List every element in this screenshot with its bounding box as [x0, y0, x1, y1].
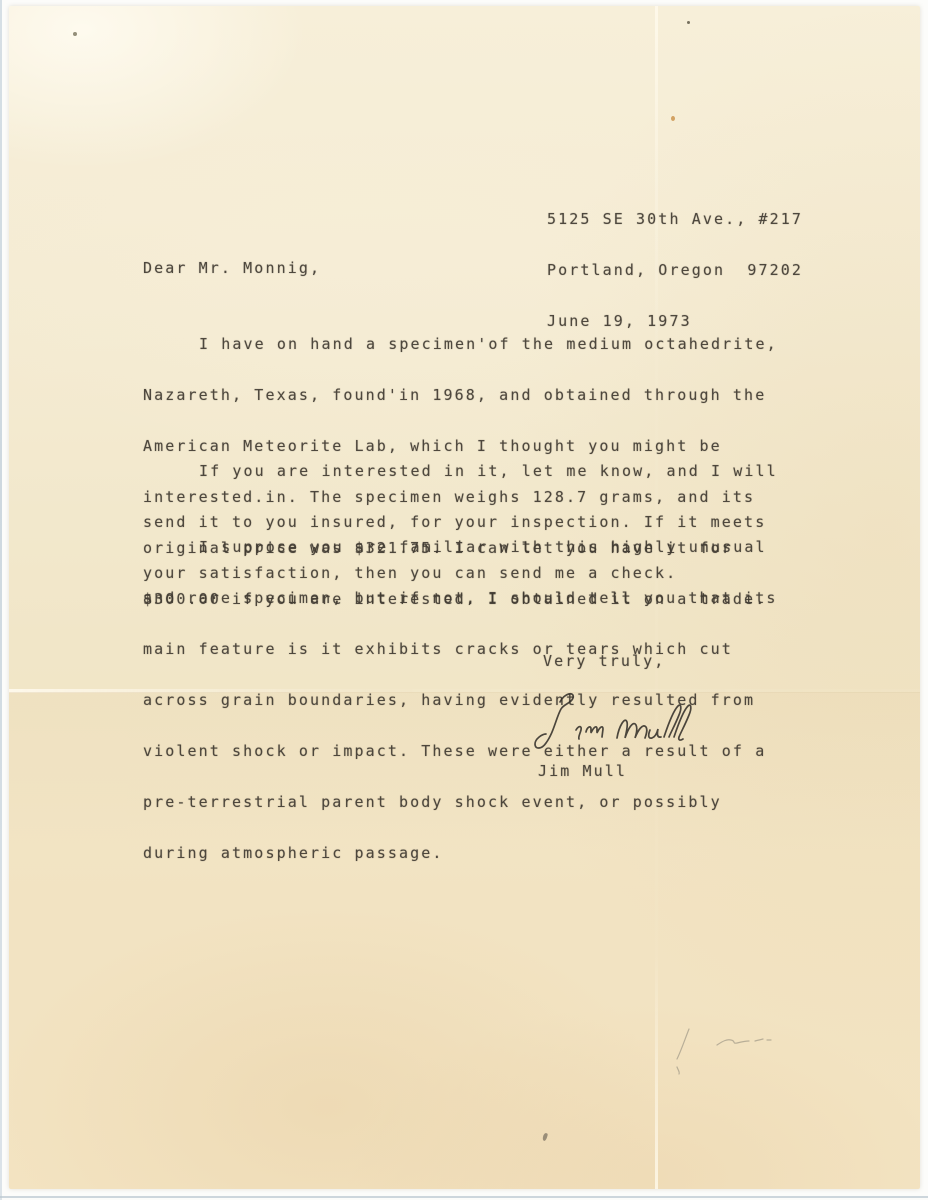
scan-edge-left	[0, 0, 2, 1200]
letter-line: I suppose you are familiar with this hig…	[143, 539, 777, 556]
address-line: Portland, Oregon 97202	[547, 262, 803, 279]
signature-script	[520, 686, 720, 766]
paper-speck	[687, 21, 690, 24]
letter-line: pre-terrestrial parent body shock event,…	[143, 794, 777, 811]
letter-line: Nazareth, Texas, found'in 1968, and obta…	[143, 387, 778, 404]
paper-speck	[671, 116, 675, 121]
salutation: Dear Mr. Monnig,	[143, 260, 321, 277]
paper-speck	[73, 32, 77, 36]
typed-signature-name: Jim Mull	[538, 763, 627, 780]
address-line: 5125 SE 30th Ave., #217	[547, 211, 803, 228]
letter-line: main feature is it exhibits cracks or te…	[143, 641, 777, 658]
letter-line: during atmospheric passage.	[143, 845, 777, 862]
scan-edge-bottom	[0, 1196, 928, 1198]
letter-line: I have on hand a specimen'of the medium …	[143, 336, 778, 353]
letter-line: and rare specimen, but if not, I should …	[143, 590, 777, 607]
letter-line: If you are interested in it, let me know…	[143, 463, 778, 480]
closing: Very truly,	[543, 653, 665, 670]
scan-background: 5125 SE 30th Ave., #217 Portland, Oregon…	[0, 0, 928, 1200]
pencil-annotation	[655, 1015, 825, 1090]
